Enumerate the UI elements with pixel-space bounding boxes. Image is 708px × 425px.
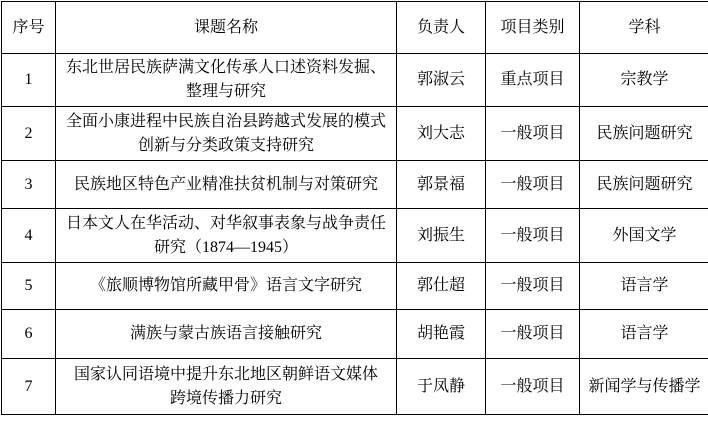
discipline-cell: 外国文学 <box>580 209 708 263</box>
category-cell: 一般项目 <box>486 107 580 161</box>
table-row: 5 《旅顺博物馆所藏甲骨》语言文字研究 郭仕超 一般项目 语言学 <box>2 263 708 310</box>
projects-table: 序号 课题名称 负责人 项目类别 学科 1 东北世居民族萨满文化传承人口述资料发… <box>1 1 708 415</box>
leader-cell: 胡艳霞 <box>397 310 486 359</box>
discipline-cell: 民族问题研究 <box>580 161 708 209</box>
table-row: 4 日本文人在华活动、对华叙事表象与战争责任 研究（1874—1945） 刘振生… <box>2 209 708 263</box>
leader-cell: 于凤静 <box>397 359 486 415</box>
leader-cell: 刘振生 <box>397 209 486 263</box>
category-cell: 一般项目 <box>486 209 580 263</box>
discipline-cell: 语言学 <box>580 263 708 310</box>
category-cell: 一般项目 <box>486 310 580 359</box>
header-title: 课题名称 <box>56 2 397 54</box>
leader-cell: 郭仕超 <box>397 263 486 310</box>
project-title-cell: 日本文人在华活动、对华叙事表象与战争责任 研究（1874—1945） <box>56 209 397 263</box>
row-no-cell: 7 <box>2 359 56 415</box>
header-discipline: 学科 <box>580 2 708 54</box>
category-cell: 一般项目 <box>486 263 580 310</box>
row-no-cell: 4 <box>2 209 56 263</box>
project-title-cell: 东北世居民族萨满文化传承人口述资料发掘、 整理与研究 <box>56 54 397 107</box>
category-cell: 一般项目 <box>486 359 580 415</box>
category-cell: 一般项目 <box>486 161 580 209</box>
leader-cell: 郭景福 <box>397 161 486 209</box>
row-no-cell: 5 <box>2 263 56 310</box>
discipline-cell: 语言学 <box>580 310 708 359</box>
discipline-cell: 民族问题研究 <box>580 107 708 161</box>
row-no-cell: 3 <box>2 161 56 209</box>
discipline-cell: 宗教学 <box>580 54 708 107</box>
category-cell: 重点项目 <box>486 54 580 107</box>
project-title-cell: 民族地区特色产业精准扶贫机制与对策研究 <box>56 161 397 209</box>
header-category: 项目类别 <box>486 2 580 54</box>
table-row: 3 民族地区特色产业精准扶贫机制与对策研究 郭景福 一般项目 民族问题研究 <box>2 161 708 209</box>
discipline-cell: 新闻学与传播学 <box>580 359 708 415</box>
header-leader: 负责人 <box>397 2 486 54</box>
table-row: 2 全面小康进程中民族自治县跨越式发展的模式 创新与分类政策支持研究 刘大志 一… <box>2 107 708 161</box>
project-title-cell: 全面小康进程中民族自治县跨越式发展的模式 创新与分类政策支持研究 <box>56 107 397 161</box>
header-row: 序号 课题名称 负责人 项目类别 学科 <box>2 2 708 54</box>
table-row: 6 满族与蒙古族语言接触研究 胡艳霞 一般项目 语言学 <box>2 310 708 359</box>
leader-cell: 刘大志 <box>397 107 486 161</box>
row-no-cell: 2 <box>2 107 56 161</box>
table-row: 7 国家认同语境中提升东北地区朝鲜语文媒体 跨境传播力研究 于凤静 一般项目 新… <box>2 359 708 415</box>
row-no-cell: 6 <box>2 310 56 359</box>
table-row: 1 东北世居民族萨满文化传承人口述资料发掘、 整理与研究 郭淑云 重点项目 宗教… <box>2 54 708 107</box>
row-no-cell: 1 <box>2 54 56 107</box>
project-title-cell: 满族与蒙古族语言接触研究 <box>56 310 397 359</box>
project-title-cell: 《旅顺博物馆所藏甲骨》语言文字研究 <box>56 263 397 310</box>
header-no: 序号 <box>2 2 56 54</box>
project-title-cell: 国家认同语境中提升东北地区朝鲜语文媒体 跨境传播力研究 <box>56 359 397 415</box>
leader-cell: 郭淑云 <box>397 54 486 107</box>
